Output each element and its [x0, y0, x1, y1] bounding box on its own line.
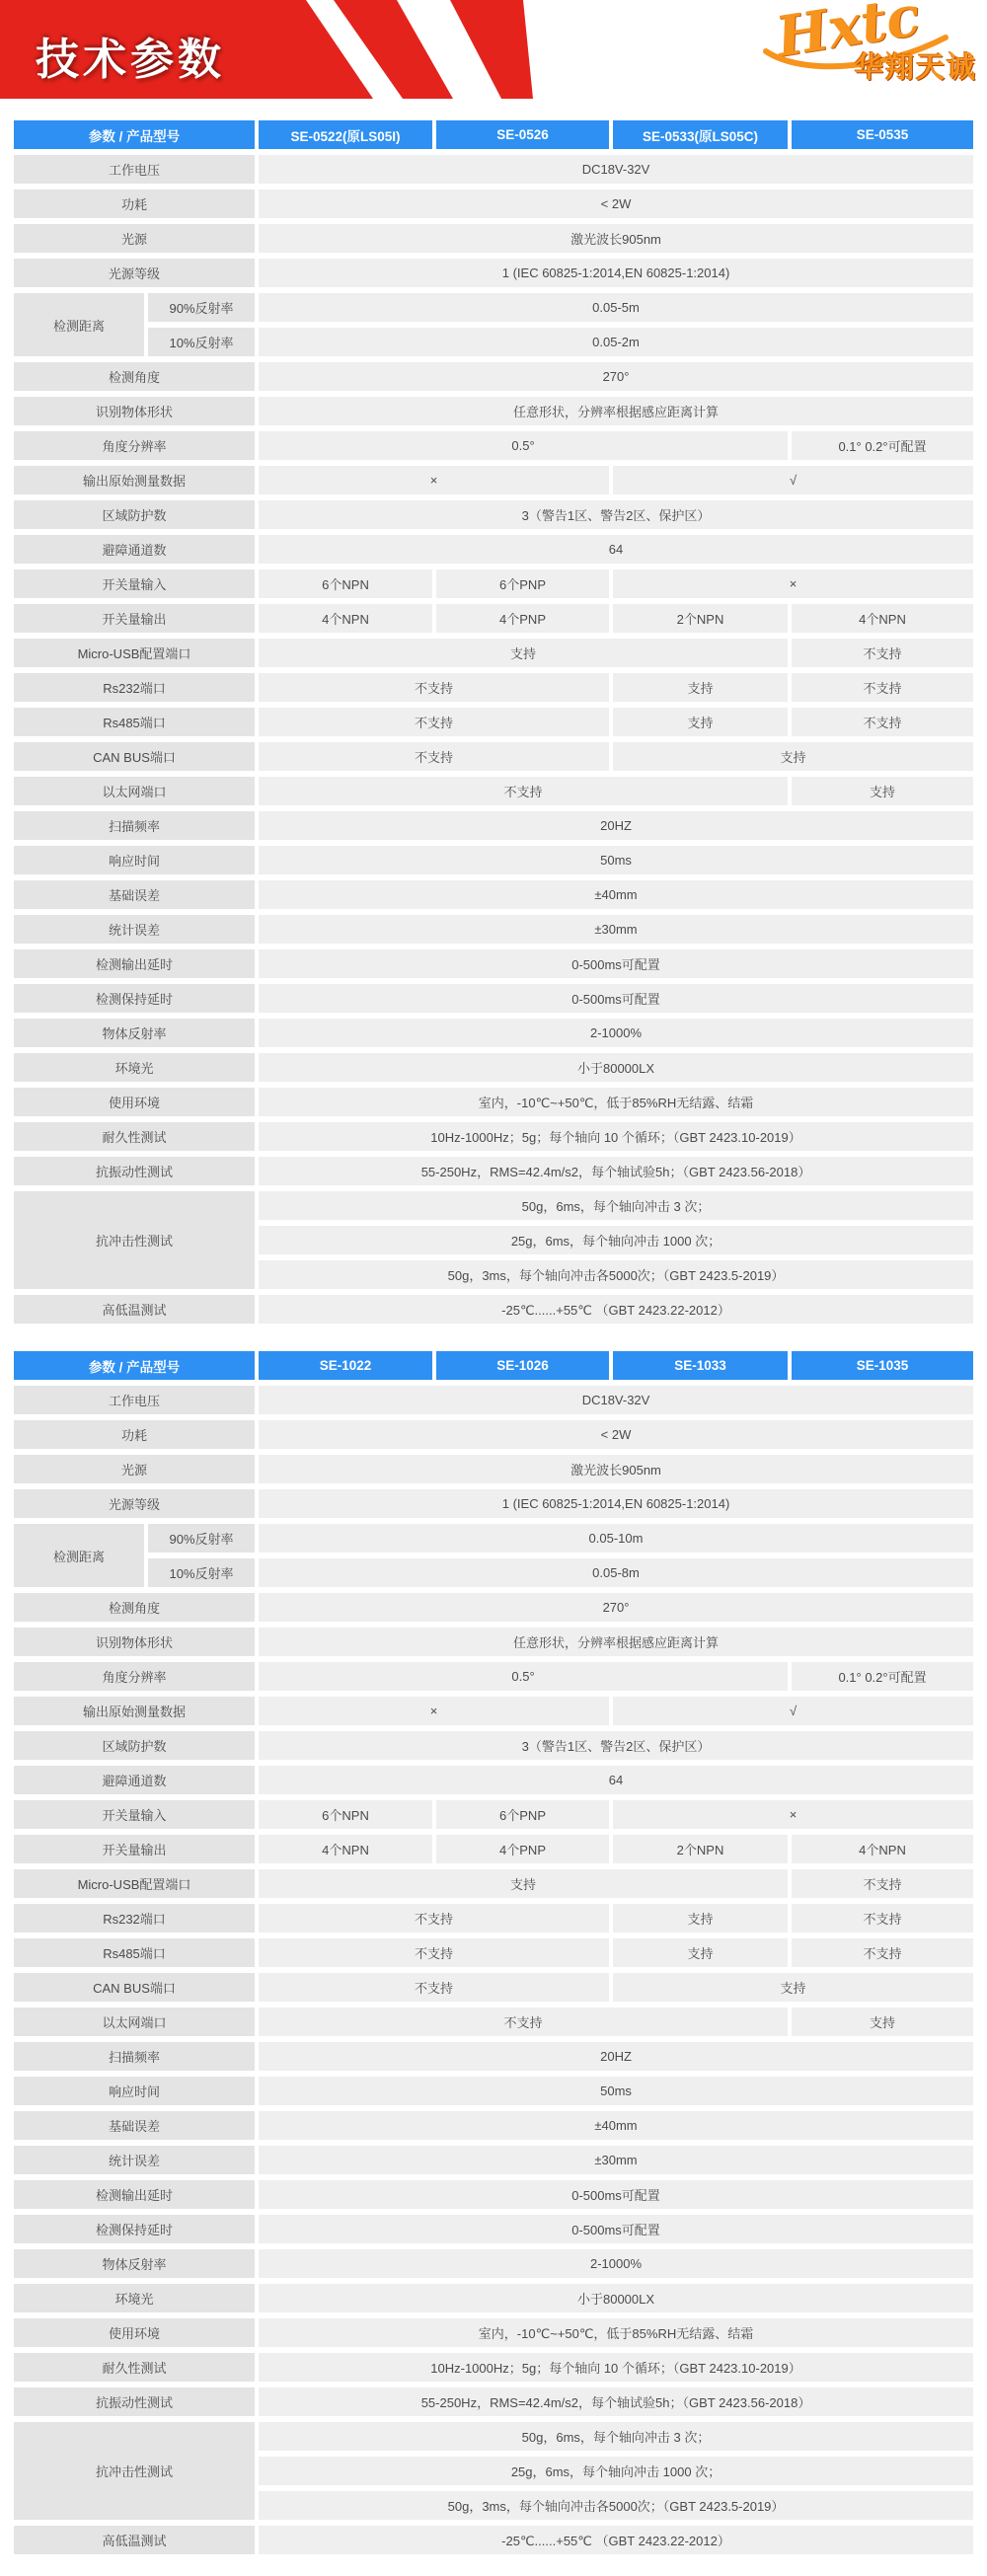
table-row: CAN BUS端口不支持支持	[14, 1973, 973, 2002]
cell-value: 0.5°	[259, 431, 788, 460]
row-group-label: 抗冲击性测试	[14, 1191, 255, 1289]
row-label: 检测角度	[14, 1593, 255, 1622]
table-row: 检测距离90%反射率0.05-10m	[14, 1524, 973, 1553]
cell-value: 2个NPN	[613, 1835, 788, 1863]
cell-value: 2-1000%	[259, 2249, 973, 2278]
row-label: Rs232端口	[14, 673, 255, 702]
cell-value: 任意形状，分辨率根据感应距离计算	[259, 397, 973, 425]
table-row: 10%反射率0.05-8m	[14, 1558, 973, 1587]
cell-value: 4个PNP	[436, 604, 609, 633]
table-row: 物体反射率2-1000%	[14, 1019, 973, 1047]
cell-value: 0.05-2m	[259, 328, 973, 356]
cell-value: 6个NPN	[259, 569, 432, 598]
header-model-SE-1035: SE-1035	[792, 1351, 973, 1380]
row-label: 光源等级	[14, 1489, 255, 1518]
table-row: 物体反射率2-1000%	[14, 2249, 973, 2278]
header-model-SE-1022: SE-1022	[259, 1351, 432, 1380]
cell-value: 6个PNP	[436, 569, 609, 598]
cell-value: 50ms	[259, 846, 973, 874]
cell-value: 小于80000LX	[259, 1053, 973, 1082]
cell-value: 64	[259, 1766, 973, 1794]
table-row: 扫描频率20HZ	[14, 2042, 973, 2071]
row-label: 抗振动性测试	[14, 2387, 255, 2416]
cell-value: ±40mm	[259, 880, 973, 909]
header-model-SE-1026: SE-1026	[436, 1351, 609, 1380]
row-label: Rs485端口	[14, 1938, 255, 1967]
cell-value: 10Hz-1000Hz；5g；每个轴向 10 个循环；（GBT 2423.10-…	[259, 1122, 973, 1151]
row-label: Rs232端口	[14, 1904, 255, 1932]
table-row: 环境光小于80000LX	[14, 2284, 973, 2312]
cell-value: 不支持	[259, 1904, 609, 1932]
cell-value: 室内，-10℃~+50℃，低于85%RH无结露、结霜	[259, 2318, 973, 2347]
table-row: 光源激光波长905nm	[14, 224, 973, 253]
cell-value: 支持	[613, 708, 788, 736]
cell-value: 4个NPN	[259, 604, 432, 633]
table-row: 开关量输入6个NPN6个PNP×	[14, 569, 973, 598]
cell-value: 50ms	[259, 2077, 973, 2105]
header-param-label: 参数 / 产品型号	[14, 120, 255, 149]
cell-value: 6个PNP	[436, 1800, 609, 1829]
cell-value: 0-500ms可配置	[259, 949, 973, 978]
company-logo: Hxtc 华翔天诚	[742, 2, 979, 97]
cell-value: 支持	[792, 777, 973, 805]
row-label: 扫描频率	[14, 2042, 255, 2071]
row-label: 检测保持延时	[14, 984, 255, 1013]
cell-value: 支持	[613, 1904, 788, 1932]
table-row: 环境光小于80000LX	[14, 1053, 973, 1082]
cell-value: 任意形状，分辨率根据感应距离计算	[259, 1628, 973, 1656]
row-label: 高低温测试	[14, 2526, 255, 2554]
cell-value: ×	[613, 569, 973, 598]
table-row: 检测保持延时0-500ms可配置	[14, 2215, 973, 2243]
header-model-SE-0533(原LS05C): SE-0533(原LS05C)	[613, 120, 788, 149]
cell-value: 1 (IEC 60825-1:2014,EN 60825-1:2014)	[259, 259, 973, 287]
cell-value: 0-500ms可配置	[259, 2180, 973, 2209]
row-label: 避障通道数	[14, 1766, 255, 1794]
row-label: 区域防护数	[14, 500, 255, 529]
table-row: 统计误差±30mm	[14, 915, 973, 944]
spec-table-1: 参数 / 产品型号SE-0522(原LS05I)SE-0526SE-0533(原…	[10, 114, 977, 1329]
row-label: 物体反射率	[14, 2249, 255, 2278]
table-row: 功耗< 2W	[14, 189, 973, 218]
cell-value: 25g，6ms，每个轴向冲击 1000 次；	[259, 1226, 973, 1254]
cell-value: 270°	[259, 362, 973, 391]
row-label: 基础误差	[14, 880, 255, 909]
cell-value: 室内，-10℃~+50℃，低于85%RH无结露、结霜	[259, 1088, 973, 1116]
cell-value: ×	[259, 466, 609, 494]
cell-value: ×	[259, 1697, 609, 1725]
header-model-SE-1033: SE-1033	[613, 1351, 788, 1380]
row-label: 识别物体形状	[14, 1628, 255, 1656]
row-label: 开关量输出	[14, 1835, 255, 1863]
cell-value: 50g，6ms，每个轴向冲击 3 次；	[259, 1191, 973, 1220]
table-row: 避障通道数64	[14, 1766, 973, 1794]
cell-value: 不支持	[259, 2008, 788, 2036]
row-label: 统计误差	[14, 2146, 255, 2174]
row-sublabel: 10%反射率	[148, 1558, 255, 1587]
header-model-SE-0526: SE-0526	[436, 120, 609, 149]
table-row: 识别物体形状任意形状，分辨率根据感应距离计算	[14, 397, 973, 425]
cell-value: 50g，6ms，每个轴向冲击 3 次；	[259, 2422, 973, 2451]
cell-value: 2个NPN	[613, 604, 788, 633]
row-label: 光源等级	[14, 259, 255, 287]
cell-value: 4个PNP	[436, 1835, 609, 1863]
table-row: CAN BUS端口不支持支持	[14, 742, 973, 771]
row-label: 耐久性测试	[14, 1122, 255, 1151]
row-label: 以太网端口	[14, 777, 255, 805]
cell-value: 激光波长905nm	[259, 224, 973, 253]
row-label: 光源	[14, 1455, 255, 1483]
table-row: 功耗< 2W	[14, 1420, 973, 1449]
cell-value: 不支持	[792, 1904, 973, 1932]
table-row: 开关量输入6个NPN6个PNP×	[14, 1800, 973, 1829]
cell-value: √	[613, 1697, 973, 1725]
cell-value: 0.1° 0.2°可配置	[792, 431, 973, 460]
cell-value: 55-250Hz，RMS=42.4m/s2，每个轴试验5h；（GBT 2423.…	[259, 1157, 973, 1185]
table-row: 区域防护数3（警告1区、警告2区、保护区）	[14, 500, 973, 529]
table-row: 抗振动性测试55-250Hz，RMS=42.4m/s2，每个轴试验5h；（GBT…	[14, 2387, 973, 2416]
row-label: 区域防护数	[14, 1731, 255, 1760]
row-label: 检测保持延时	[14, 2215, 255, 2243]
row-label: 角度分辨率	[14, 431, 255, 460]
cell-value: 1 (IEC 60825-1:2014,EN 60825-1:2014)	[259, 1489, 973, 1518]
table-row: Rs232端口不支持支持不支持	[14, 673, 973, 702]
table-row: 耐久性测试10Hz-1000Hz；5g；每个轴向 10 个循环；（GBT 242…	[14, 1122, 973, 1151]
row-label: Micro-USB配置端口	[14, 1869, 255, 1898]
header-model-SE-0535: SE-0535	[792, 120, 973, 149]
spec-table-1-body: 参数 / 产品型号SE-0522(原LS05I)SE-0526SE-0533(原…	[14, 120, 973, 1324]
table-row: 光源等级1 (IEC 60825-1:2014,EN 60825-1:2014)	[14, 1489, 973, 1518]
cell-value: 支持	[613, 673, 788, 702]
row-label: 工作电压	[14, 155, 255, 184]
cell-value: 不支持	[259, 708, 609, 736]
table-row: 光源激光波长905nm	[14, 1455, 973, 1483]
row-label: 避障通道数	[14, 535, 255, 564]
table-row: 耐久性测试10Hz-1000Hz；5g；每个轴向 10 个循环；（GBT 242…	[14, 2353, 973, 2382]
table-row: 使用环境室内，-10℃~+50℃，低于85%RH无结露、结霜	[14, 1088, 973, 1116]
cell-value: 不支持	[259, 777, 788, 805]
row-label: CAN BUS端口	[14, 742, 255, 771]
cell-value: 支持	[259, 639, 788, 667]
cell-value: < 2W	[259, 1420, 973, 1449]
row-label: 环境光	[14, 2284, 255, 2312]
cell-value: 0.05-5m	[259, 293, 973, 322]
cell-value: 4个NPN	[792, 604, 973, 633]
cell-value: 50g，3ms，每个轴向冲击各5000次；（GBT 2423.5-2019）	[259, 2491, 973, 2520]
table-row: 识别物体形状任意形状，分辨率根据感应距离计算	[14, 1628, 973, 1656]
table-row: 高低温测试-25℃......+55℃ （GBT 2423.22-2012）	[14, 2526, 973, 2554]
row-label: 以太网端口	[14, 2008, 255, 2036]
cell-value: 55-250Hz，RMS=42.4m/s2，每个轴试验5h；（GBT 2423.…	[259, 2387, 973, 2416]
table-row: 检测保持延时0-500ms可配置	[14, 984, 973, 1013]
row-label: 响应时间	[14, 2077, 255, 2105]
cell-value: 支持	[259, 1869, 788, 1898]
header-model-SE-0522(原LS05I): SE-0522(原LS05I)	[259, 120, 432, 149]
spec-content: 参数 / 产品型号SE-0522(原LS05I)SE-0526SE-0533(原…	[0, 99, 987, 2560]
table-row: 区域防护数3（警告1区、警告2区、保护区）	[14, 1731, 973, 1760]
banner-red-tail	[450, 0, 533, 99]
table-row: 以太网端口不支持支持	[14, 777, 973, 805]
cell-value: 3（警告1区、警告2区、保护区）	[259, 1731, 973, 1760]
logo-company-name: 华翔天诚	[855, 45, 977, 86]
cell-value: 支持	[613, 1938, 788, 1967]
cell-value: 20HZ	[259, 811, 973, 840]
row-label: 基础误差	[14, 2111, 255, 2140]
table-row: 角度分辨率0.5°0.1° 0.2°可配置	[14, 1662, 973, 1691]
table-row: 光源等级1 (IEC 60825-1:2014,EN 60825-1:2014)	[14, 259, 973, 287]
cell-value: < 2W	[259, 189, 973, 218]
cell-value: 小于80000LX	[259, 2284, 973, 2312]
row-label: 检测输出延时	[14, 949, 255, 978]
table-row: 基础误差±40mm	[14, 2111, 973, 2140]
cell-value: ×	[613, 1800, 973, 1829]
cell-value: 50g，3ms，每个轴向冲击各5000次；（GBT 2423.5-2019）	[259, 1260, 973, 1289]
table-row: 检测角度270°	[14, 362, 973, 391]
table-row: 角度分辨率0.5°0.1° 0.2°可配置	[14, 431, 973, 460]
table-row: 使用环境室内，-10℃~+50℃，低于85%RH无结露、结霜	[14, 2318, 973, 2347]
row-label: 开关量输入	[14, 1800, 255, 1829]
cell-value: 0-500ms可配置	[259, 984, 973, 1013]
table-row: 避障通道数64	[14, 535, 973, 564]
row-label: 环境光	[14, 1053, 255, 1082]
row-label: 高低温测试	[14, 1295, 255, 1324]
table-row: Micro-USB配置端口支持不支持	[14, 639, 973, 667]
row-label: 开关量输入	[14, 569, 255, 598]
table-row: 工作电压DC18V-32V	[14, 1386, 973, 1414]
table-row: 开关量输出4个NPN4个PNP2个NPN4个NPN	[14, 1835, 973, 1863]
cell-value: 不支持	[259, 1973, 609, 2002]
cell-value: 不支持	[792, 673, 973, 702]
cell-value: 不支持	[259, 673, 609, 702]
cell-value: √	[613, 466, 973, 494]
header-param-label: 参数 / 产品型号	[14, 1351, 255, 1380]
table-row: 基础误差±40mm	[14, 880, 973, 909]
row-label: 光源	[14, 224, 255, 253]
cell-value: 4个NPN	[792, 1835, 973, 1863]
cell-value: 2-1000%	[259, 1019, 973, 1047]
cell-value: 25g，6ms，每个轴向冲击 1000 次；	[259, 2457, 973, 2485]
row-group-label: 检测距离	[14, 1524, 144, 1587]
spec-table-2-body: 参数 / 产品型号SE-1022SE-1026SE-1033SE-1035工作电…	[14, 1351, 973, 2554]
cell-value: 不支持	[792, 1869, 973, 1898]
row-label: 统计误差	[14, 915, 255, 944]
table-row: 工作电压DC18V-32V	[14, 155, 973, 184]
row-sublabel: 10%反射率	[148, 328, 255, 356]
row-label: 使用环境	[14, 1088, 255, 1116]
cell-value: 不支持	[792, 639, 973, 667]
table-row: 开关量输出4个NPN4个PNP2个NPN4个NPN	[14, 604, 973, 633]
row-label: 检测输出延时	[14, 2180, 255, 2209]
row-label: 功耗	[14, 1420, 255, 1449]
row-label: 功耗	[14, 189, 255, 218]
cell-value: ±40mm	[259, 2111, 973, 2140]
row-label: 检测角度	[14, 362, 255, 391]
page-banner: 技术参数 Hxtc 华翔天诚	[0, 0, 987, 99]
row-label: 耐久性测试	[14, 2353, 255, 2382]
row-label: 工作电压	[14, 1386, 255, 1414]
table-row: 抗冲击性测试50g，6ms，每个轴向冲击 3 次；	[14, 1191, 973, 1220]
table-row: Micro-USB配置端口支持不支持	[14, 1869, 973, 1898]
cell-value: 0-500ms可配置	[259, 2215, 973, 2243]
cell-value: -25℃......+55℃ （GBT 2423.22-2012）	[259, 2526, 973, 2554]
cell-value: 20HZ	[259, 2042, 973, 2071]
table-row: 检测输出延时0-500ms可配置	[14, 949, 973, 978]
row-label: 响应时间	[14, 846, 255, 874]
table-row: Rs485端口不支持支持不支持	[14, 708, 973, 736]
cell-value: 不支持	[259, 742, 609, 771]
cell-value: 6个NPN	[259, 1800, 432, 1829]
row-sublabel: 90%反射率	[148, 1524, 255, 1553]
cell-value: 0.05-10m	[259, 1524, 973, 1553]
cell-value: 激光波长905nm	[259, 1455, 973, 1483]
row-label: 使用环境	[14, 2318, 255, 2347]
cell-value: DC18V-32V	[259, 155, 973, 184]
row-label: 开关量输出	[14, 604, 255, 633]
table-row: 检测输出延时0-500ms可配置	[14, 2180, 973, 2209]
row-group-label: 检测距离	[14, 293, 144, 356]
table-row: 抗振动性测试55-250Hz，RMS=42.4m/s2，每个轴试验5h；（GBT…	[14, 1157, 973, 1185]
row-label: 扫描频率	[14, 811, 255, 840]
table-row: 响应时间50ms	[14, 2077, 973, 2105]
table-row: 扫描频率20HZ	[14, 811, 973, 840]
table-row: 抗冲击性测试50g，6ms，每个轴向冲击 3 次；	[14, 2422, 973, 2451]
row-group-label: 抗冲击性测试	[14, 2422, 255, 2520]
cell-value: 支持	[613, 1973, 973, 2002]
row-label: Rs485端口	[14, 708, 255, 736]
cell-value: 0.1° 0.2°可配置	[792, 1662, 973, 1691]
cell-value: 64	[259, 535, 973, 564]
row-label: Micro-USB配置端口	[14, 639, 255, 667]
table-row: 响应时间50ms	[14, 846, 973, 874]
table-row: 10%反射率0.05-2m	[14, 328, 973, 356]
cell-value: 不支持	[792, 1938, 973, 1967]
cell-value: 不支持	[259, 1938, 609, 1967]
row-sublabel: 90%反射率	[148, 293, 255, 322]
cell-value: 不支持	[792, 708, 973, 736]
table-row: Rs232端口不支持支持不支持	[14, 1904, 973, 1932]
cell-value: -25℃......+55℃ （GBT 2423.22-2012）	[259, 1295, 973, 1324]
cell-value: 支持	[792, 2008, 973, 2036]
cell-value: 10Hz-1000Hz；5g；每个轴向 10 个循环；（GBT 2423.10-…	[259, 2353, 973, 2382]
table-row: 检测距离90%反射率0.05-5m	[14, 293, 973, 322]
cell-value: 3（警告1区、警告2区、保护区）	[259, 500, 973, 529]
cell-value: 4个NPN	[259, 1835, 432, 1863]
cell-value: 0.05-8m	[259, 1558, 973, 1587]
cell-value: ±30mm	[259, 2146, 973, 2174]
table-row: 高低温测试-25℃......+55℃ （GBT 2423.22-2012）	[14, 1295, 973, 1324]
cell-value: ±30mm	[259, 915, 973, 944]
cell-value: 0.5°	[259, 1662, 788, 1691]
table-row: 输出原始测量数据×√	[14, 466, 973, 494]
cell-value: 支持	[613, 742, 973, 771]
table-row: 检测角度270°	[14, 1593, 973, 1622]
spec-table-2: 参数 / 产品型号SE-1022SE-1026SE-1033SE-1035工作电…	[10, 1345, 977, 2560]
row-label: 输出原始测量数据	[14, 1697, 255, 1725]
table-row: 以太网端口不支持支持	[14, 2008, 973, 2036]
cell-value: DC18V-32V	[259, 1386, 973, 1414]
table-row: 统计误差±30mm	[14, 2146, 973, 2174]
table-row: 输出原始测量数据×√	[14, 1697, 973, 1725]
row-label: 抗振动性测试	[14, 1157, 255, 1185]
table-row: Rs485端口不支持支持不支持	[14, 1938, 973, 1967]
row-label: 输出原始测量数据	[14, 466, 255, 494]
row-label: 识别物体形状	[14, 397, 255, 425]
cell-value: 270°	[259, 1593, 973, 1622]
row-label: 物体反射率	[14, 1019, 255, 1047]
row-label: CAN BUS端口	[14, 1973, 255, 2002]
page-title: 技术参数	[36, 24, 225, 87]
row-label: 角度分辨率	[14, 1662, 255, 1691]
